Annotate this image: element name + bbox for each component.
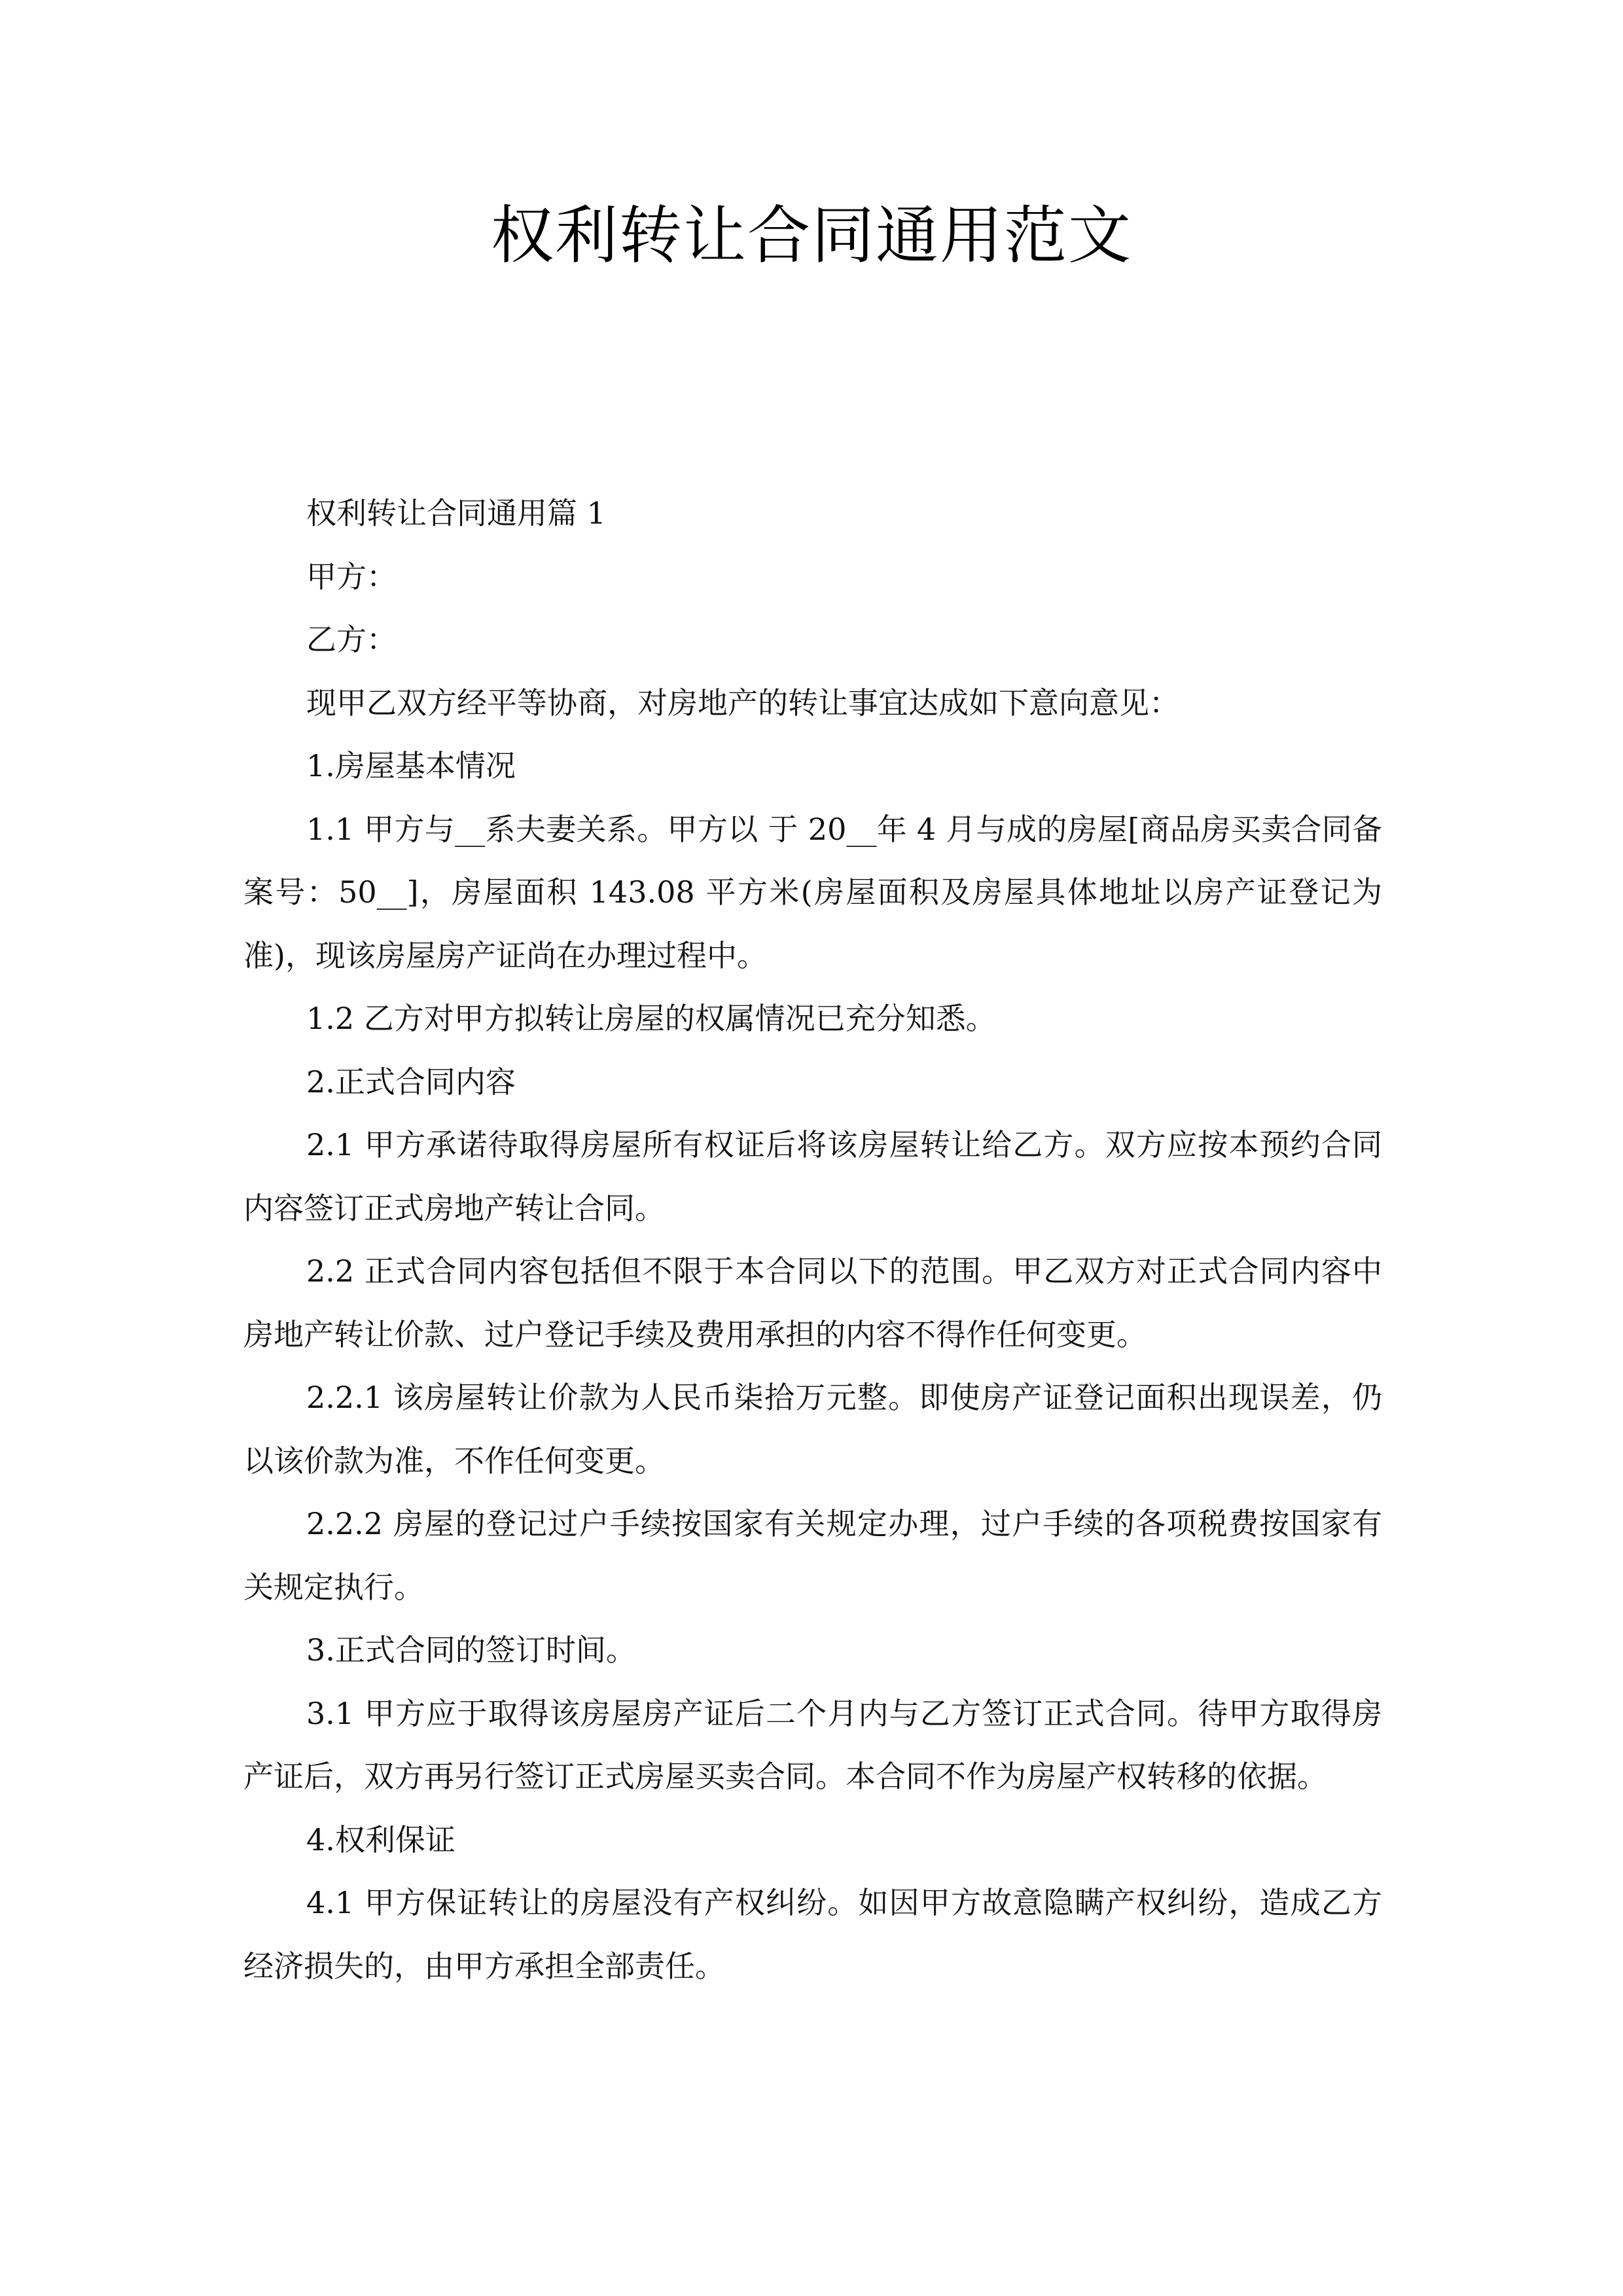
clause-4-1: 4.1 甲方保证转让的房屋没有产权纠纷。如因甲方故意隐瞒产权纠纷，造成乙方经济损…	[243, 1871, 1382, 1998]
clause-2-2-2: 2.2.2 房屋的登记过户手续按国家有关规定办理，过户手续的各项税费按国家有关规…	[243, 1492, 1382, 1619]
clause-heading-2: 2.正式合同内容	[243, 1050, 1382, 1114]
clause-3-1: 3.1 甲方应于取得该房屋房产证后二个月内与乙方签订正式合同。待甲方取得房产证后…	[243, 1682, 1382, 1808]
clause-1-1: 1.1 甲方与__系夫妻关系。甲方以 于 20__年 4 月与成的房屋[商品房买…	[243, 798, 1382, 988]
clause-2-2: 2.2 正式合同内容包括但不限于本合同以下的范围。甲乙双方对正式合同内容中房地产…	[243, 1240, 1382, 1366]
clause-2-2-1: 2.2.1 该房屋转让价款为人民币柒拾万元整。即使房产证登记面积出现误差，仍以该…	[243, 1366, 1382, 1492]
document-title: 权利转让合同通用范文	[0, 196, 1623, 275]
clause-2-1: 2.1 甲方承诺待取得房屋所有权证后将该房屋转让给乙方。双方应按本预约合同内容签…	[243, 1113, 1382, 1240]
clause-1-2: 1.2 乙方对甲方拟转让房屋的权属情况已充分知悉。	[243, 987, 1382, 1050]
clause-heading-4: 4.权利保证	[243, 1808, 1382, 1872]
clause-heading-3: 3.正式合同的签订时间。	[243, 1619, 1382, 1682]
party-a-label: 甲方：	[243, 545, 1382, 609]
preamble-paragraph: 现甲乙双方经平等协商，对房地产的转让事宜达成如下意向意见：	[243, 672, 1382, 735]
document-body: 权利转让合同通用篇 1 甲方： 乙方： 现甲乙双方经平等协商，对房地产的转让事宜…	[243, 482, 1382, 1998]
document-page: 权利转让合同通用范文 权利转让合同通用篇 1 甲方： 乙方： 现甲乙双方经平等协…	[0, 0, 1623, 2296]
party-b-label: 乙方：	[243, 608, 1382, 672]
section-heading: 权利转让合同通用篇 1	[243, 482, 1382, 545]
clause-heading-1: 1.房屋基本情况	[243, 734, 1382, 798]
